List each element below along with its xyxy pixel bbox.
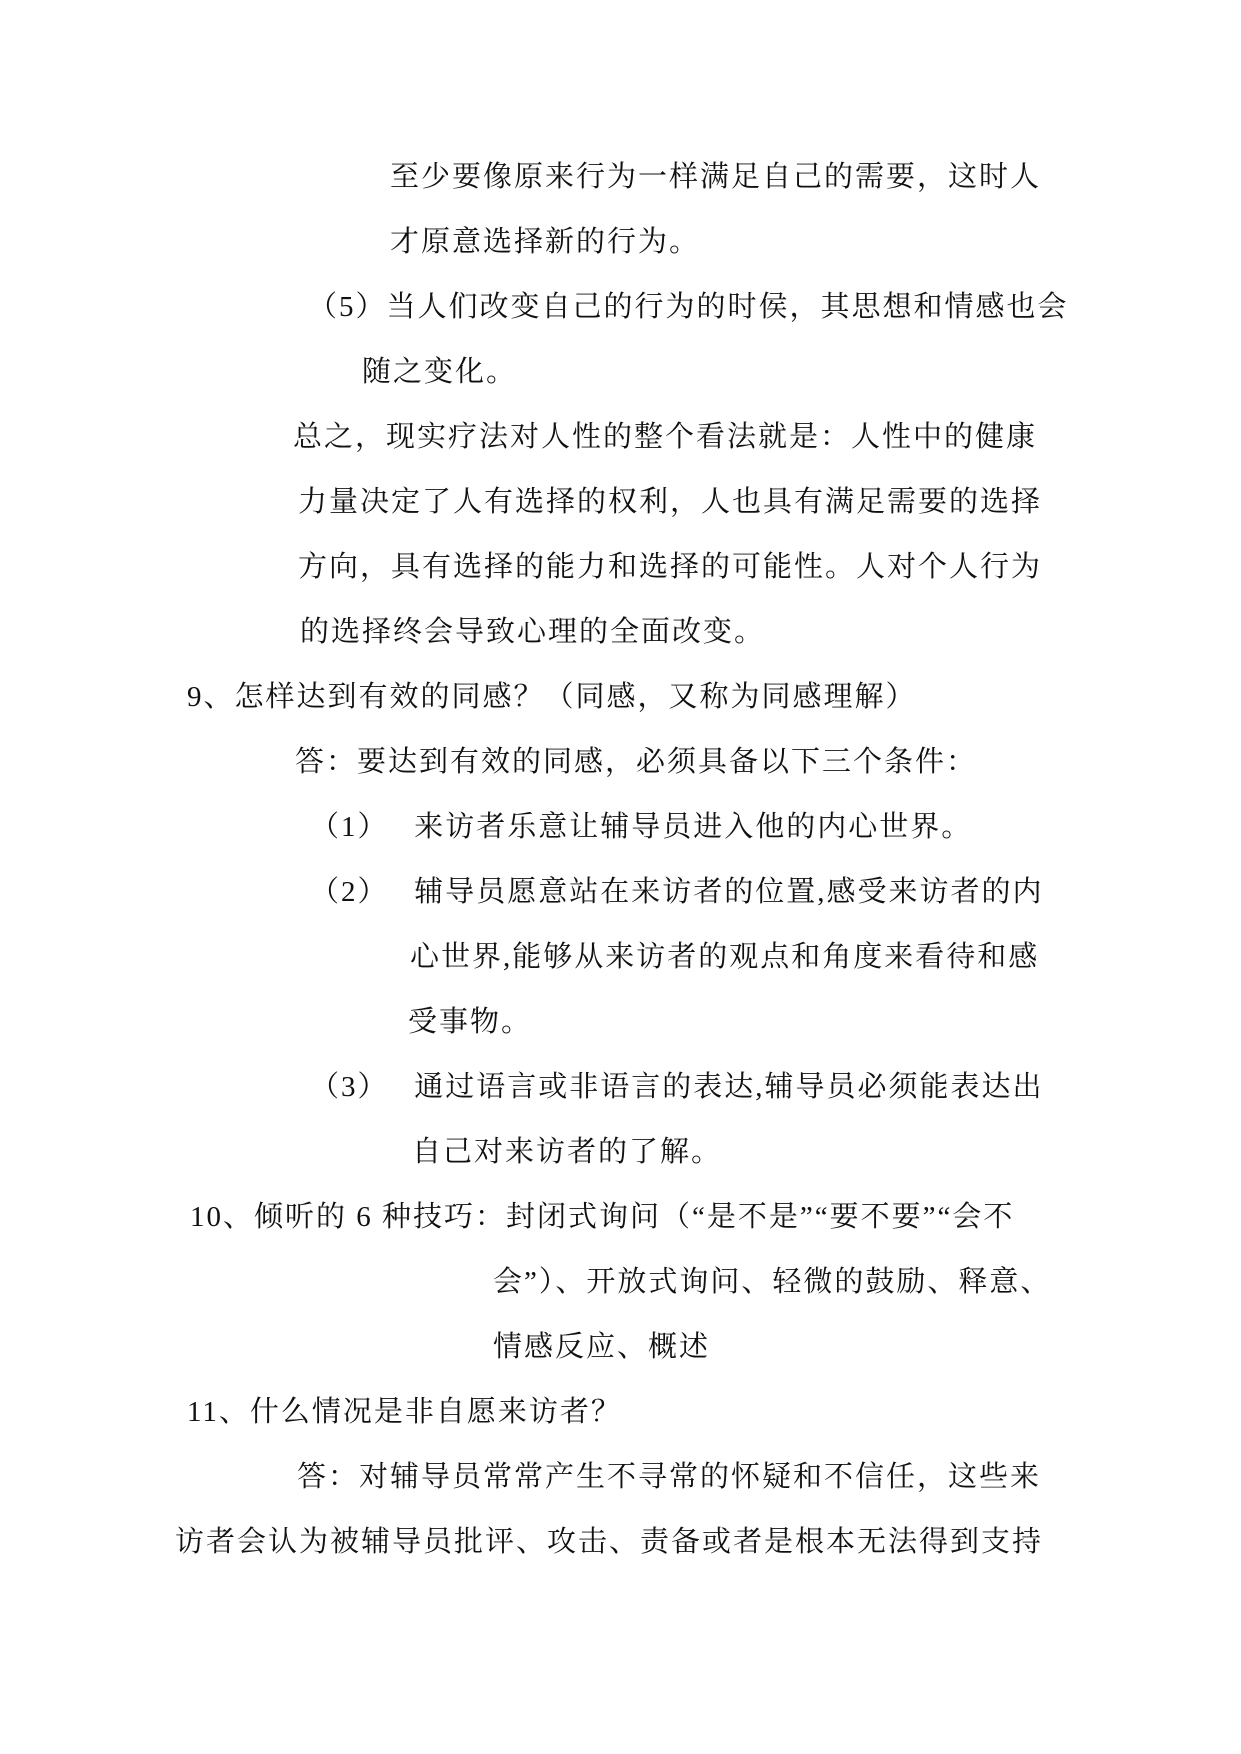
doc-line-answer-9-item3: （3） 通过语言或非语言的表达,辅导员必须能表达出 [310,1055,1241,1120]
doc-line-answer-9-intro: 答：要达到有效的同感，必须具备以下三个条件： [295,730,1241,795]
doc-line-summary-1: 总之，现实疗法对人性的整个看法就是：人性中的健康 [293,405,1241,470]
doc-line-question-10-continuation-1: 会”）、开放式询问、轻微的鼓励、释意、 [493,1250,1241,1315]
doc-line-question-11: 11、什么情况是非自愿来访者？ [187,1380,1241,1445]
doc-line-question-10-continuation-2: 情感反应、概述 [493,1315,1241,1380]
doc-line-summary-4: 的选择终会导致心理的全面改变。 [300,600,1241,665]
doc-line-answer-11-2: 访者会认为被辅导员批评、攻击、责备或者是根本无法得到支持 [175,1510,1241,1575]
doc-line-answer-9-item3-continuation: 自己对来访者的了解。 [412,1120,1241,1185]
doc-line-answer-9-item2: （2） 辅导员愿意站在来访者的位置,感受来访者的内 [310,860,1241,925]
doc-line-answer-9-item2-continuation-1: 心世界,能够从来访者的观点和角度来看待和感 [410,925,1241,990]
doc-line-item5-continuation: 随之变化。 [362,340,1241,405]
document-page: 至少要像原来行为一样满足自己的需要，这时人 才原意选择新的行为。 （5）当人们改… [0,0,1241,1754]
doc-line-question-9: 9、怎样达到有效的同感？（同感，又称为同感理解） [187,665,1241,730]
doc-line-item5: （5）当人们改变自己的行为的时侯，其思想和情感也会 [308,275,1241,340]
doc-line-answer-11-1: 答：对辅导员常常产生不寻常的怀疑和不信任，这些来 [297,1445,1241,1510]
doc-line-item4-continuation-2: 才原意选择新的行为。 [390,210,1241,275]
doc-line-item4-continuation-1: 至少要像原来行为一样满足自己的需要，这时人 [390,145,1241,210]
doc-line-summary-3: 方向，具有选择的能力和选择的可能性。人对个人行为 [298,535,1241,600]
doc-line-answer-9-item1: （1） 来访者乐意让辅导员进入他的内心世界。 [310,795,1241,860]
doc-line-question-10: 10、倾听的 6 种技巧：封闭式询问（“是不是”“要不要”“会不 [190,1185,1241,1250]
doc-line-answer-9-item2-continuation-2: 受事物。 [408,990,1241,1055]
doc-line-summary-2: 力量决定了人有选择的权利，人也具有满足需要的选择 [298,470,1241,535]
